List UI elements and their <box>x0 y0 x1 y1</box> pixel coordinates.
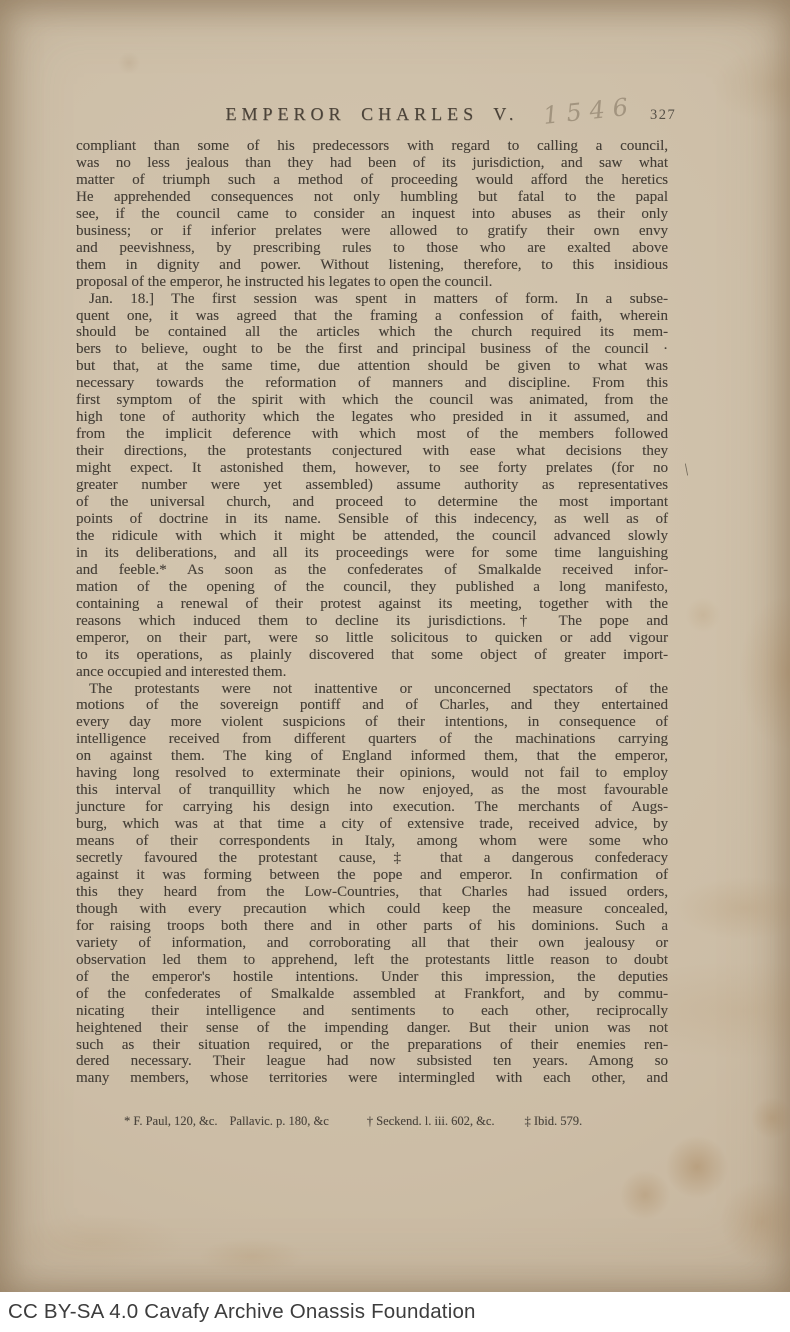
text-line: mation of the opening of the council, th… <box>76 579 668 596</box>
text-line: greater number were yet assembled) assum… <box>76 477 668 494</box>
footnotes: * F. Paul, 120, &c.Pallavic. p. 180, &c†… <box>124 1114 582 1129</box>
text-line: high tone of authority which the legates… <box>76 409 668 426</box>
text-line: He apprehended consequences not only hum… <box>76 189 668 206</box>
text-line: proposal of the emperor, he instructed h… <box>76 274 668 291</box>
text-line: on against them. The king of England inf… <box>76 748 668 765</box>
footnote: ‡ Ibid. 579. <box>525 1114 583 1129</box>
text-line: many members, whose territories were int… <box>76 1070 668 1087</box>
text-line: but that, at the same time, due attentio… <box>76 358 668 375</box>
footnote: Pallavic. p. 180, &c <box>229 1114 328 1129</box>
text-line: was no less jealous than they had been o… <box>76 155 668 172</box>
text-line: this they heard from the Low-Countries, … <box>76 884 668 901</box>
text-line: first symptom of the spirit with which t… <box>76 392 668 409</box>
text-line: points of doctrine in its name. Sensible… <box>76 511 668 528</box>
text-line: The protestants were not inattentive or … <box>76 681 668 698</box>
text-line: in its deliberations, and all its procee… <box>76 545 668 562</box>
text-line: juncture for carrying his design into ex… <box>76 799 668 816</box>
text-line: quent one, it was agreed that the framin… <box>76 308 668 325</box>
footnote: * F. Paul, 120, &c. <box>124 1114 217 1129</box>
text-line: secretly favoured the protestant cause,‡… <box>76 850 668 867</box>
text-line: dered necessary. Their league had now su… <box>76 1053 668 1070</box>
text-line: matter of triumph such a method of proce… <box>76 172 668 189</box>
text-line: of the universal church, and proceed to … <box>76 494 668 511</box>
text-line: emperor, on their part, were so little s… <box>76 630 668 647</box>
text-line: compliant than some of his predecessors … <box>76 138 668 155</box>
text-line: see, if the council came to consider an … <box>76 206 668 223</box>
text-line: nicating their intelligence and sentimen… <box>76 1003 668 1020</box>
text-line: to its operations, as plainly discovered… <box>76 647 668 664</box>
text-line: ance occupied and interested them. <box>76 664 668 681</box>
text-line: should be contained all the articles whi… <box>76 324 668 341</box>
text-line: the ridicule with which it might be atte… <box>76 528 668 545</box>
text-line: for raising troops both there and in oth… <box>76 918 668 935</box>
text-line: against it was forming between the pope … <box>76 867 668 884</box>
text-line: such as their situation required, or the… <box>76 1037 668 1054</box>
text-line: business; or if inferior prelates were a… <box>76 223 668 240</box>
text-line: necessary towards the reformation of man… <box>76 375 668 392</box>
license-bar: CC BY-SA 4.0 Cavafy Archive Onassis Foun… <box>0 1292 790 1332</box>
text-line: bers to believe, ought to be the first a… <box>76 341 668 358</box>
text-line: reasons which induced them to decline it… <box>76 613 668 630</box>
margin-pen-mark: \ <box>683 460 690 480</box>
text-line: of the confederates of Smalkalde assembl… <box>76 986 668 1003</box>
footnote: † Seckend. l. iii. 602, &c. <box>367 1114 495 1129</box>
page-text: compliant than some of his predecessors … <box>76 138 668 1087</box>
text-line: Jan. 18.] The first session was spent in… <box>76 291 668 308</box>
text-line: observation led them to apprehend, left … <box>76 952 668 969</box>
text-line: from the implicit deference with which m… <box>76 426 668 443</box>
text-line: variety of information, and corroboratin… <box>76 935 668 952</box>
text-line: heightened their sense of the impending … <box>76 1020 668 1037</box>
text-line: burg, which was at that time a city of e… <box>76 816 668 833</box>
text-line: motions of the sovereign pontiff and of … <box>76 697 668 714</box>
text-line: might expect. It astonished them, howeve… <box>76 460 668 477</box>
text-line: every day more violent suspicions of the… <box>76 714 668 731</box>
text-line: their directions, the protestants conjec… <box>76 443 668 460</box>
text-line: intelligence received from different qua… <box>76 731 668 748</box>
book-page-scan: EMPEROR CHARLES V. 1546 327 compliant th… <box>0 0 790 1292</box>
text-line: though with every precaution which could… <box>76 901 668 918</box>
text-line: having long resolved to exterminate thei… <box>76 765 668 782</box>
text-line: of the emperor's hostile intentions. Und… <box>76 969 668 986</box>
text-line: containing a renewal of their protest ag… <box>76 596 668 613</box>
text-line: means of their correspondents in Italy, … <box>76 833 668 850</box>
text-line: this interval of tranquillity which he n… <box>76 782 668 799</box>
page-number: 327 <box>650 107 676 124</box>
license-text: CC BY-SA 4.0 Cavafy Archive Onassis Foun… <box>8 1300 476 1324</box>
text-line: them in dignity and power. Without liste… <box>76 257 668 274</box>
text-line: and feeble.* As soon as the confederates… <box>76 562 668 579</box>
text-line: and peevishness, by prescribing rules to… <box>76 240 668 257</box>
